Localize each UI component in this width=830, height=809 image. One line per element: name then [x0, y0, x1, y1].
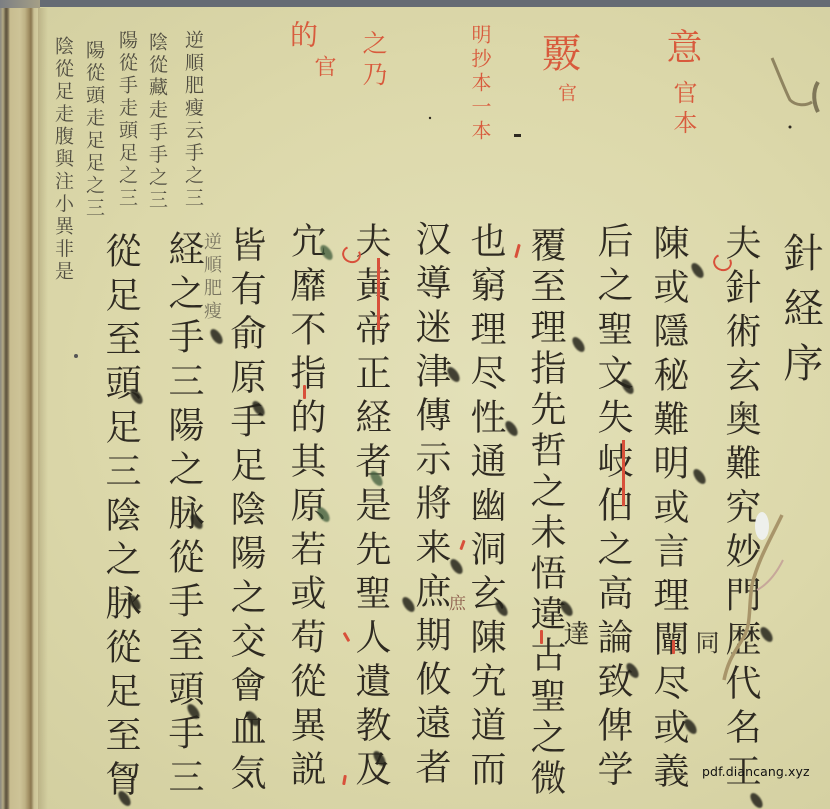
interlinear-note-nishun: 逆順肥瘦	[201, 232, 221, 324]
book-spine-edge	[0, 8, 40, 809]
marginal-note-1: 逆順肥瘦云手之三	[182, 30, 204, 210]
scan-top-border	[36, 0, 830, 7]
marginal-note-2: 陰從藏走手手之三	[146, 32, 168, 212]
text-column-6: 汉導迷津傳示將来庶期攸遠者	[410, 220, 450, 792]
red-tick-mark	[672, 640, 675, 654]
document-title: 針経序	[778, 232, 822, 397]
marginal-note-4: 陽從頭走足足之三	[83, 40, 105, 220]
text-column-11: 從足至頭足三陰之脉從足至胷	[100, 232, 140, 804]
marginal-note-5: 陰從足走腹與注小異非是	[52, 36, 74, 284]
page-gutter-shadow	[38, 8, 48, 809]
red-annotation-3: 明抄本一本	[469, 24, 491, 144]
red-annotation-1-main: 意	[661, 28, 701, 64]
interlinear-note-da: 達	[560, 620, 588, 646]
red-annotation-1-sub: 官本	[670, 80, 696, 140]
text-column-1: 夫針術玄奥難究妙門歴代名工	[720, 224, 760, 796]
red-annotation-2-main: 覈	[536, 32, 580, 72]
text-column-7: 夫黃帝正経者是先聖人遺教及	[350, 222, 390, 794]
text-column-3: 后之聖文失岐伯之高論致俾学	[592, 222, 632, 794]
marginal-note-3: 陽從手走頭足之三	[116, 30, 138, 210]
red-tick-mark	[540, 630, 543, 644]
watermark-text: pdf.diancang.xyz	[702, 764, 810, 779]
red-proper-noun-line	[622, 440, 625, 506]
red-annotation-4: 之乃	[359, 30, 387, 92]
text-column-4: 覆至理指先哲之未悟違古聖之微	[525, 226, 565, 800]
text-column-9: 皆有俞原手足陰陽之交會血気	[225, 226, 265, 798]
red-annotation-2-sub: 官	[555, 83, 577, 102]
red-tick-mark	[303, 385, 306, 399]
interlinear-note-tong: 同	[692, 630, 718, 654]
red-annotation-5-sub: 官	[311, 55, 335, 77]
text-column-5: 也窮理尽性通幽洞玄陳宄道而	[465, 222, 505, 794]
red-proper-noun-line	[377, 258, 380, 330]
red-annotation-5-main: 的	[287, 20, 317, 48]
interlinear-note-shu: 庶	[445, 594, 464, 611]
text-column-2: 陳或隱秘難明或言理闡尽或義	[648, 224, 688, 796]
